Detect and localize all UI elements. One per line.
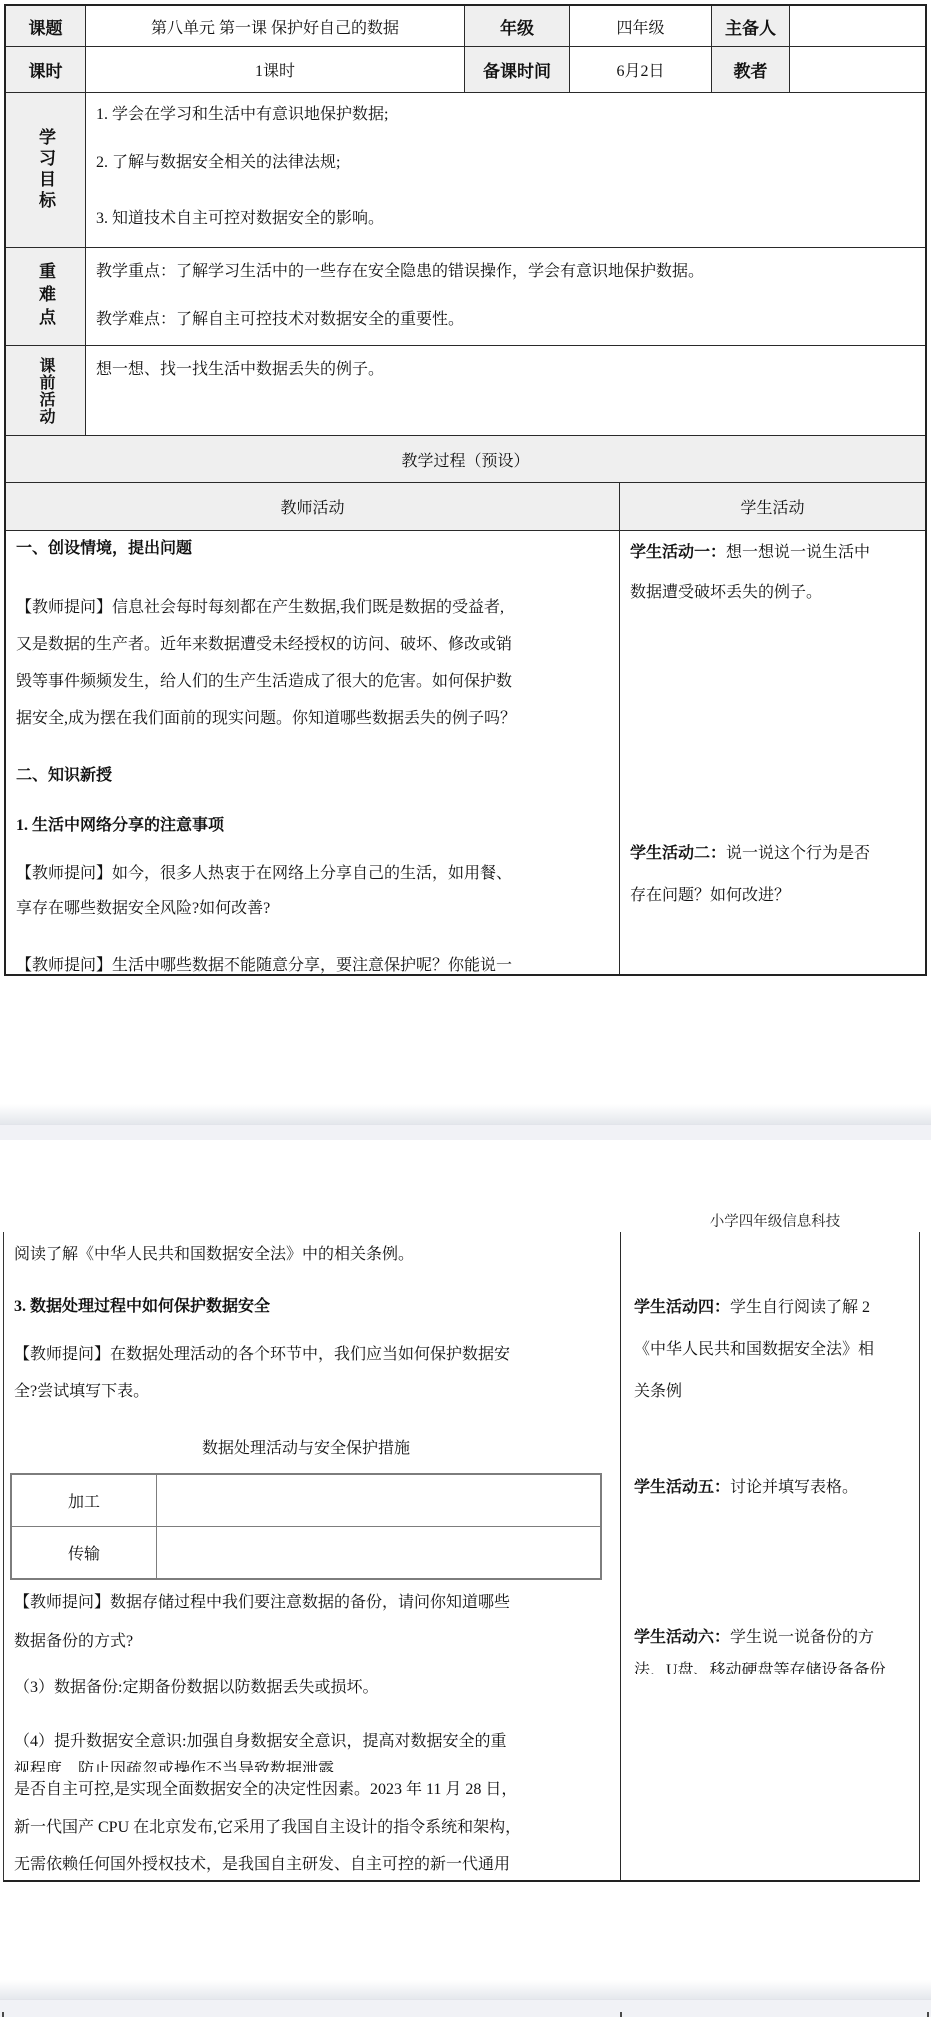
cpu-para-line3: 无需依赖任何国外授权技术，是我国自主研发、自主可控的新一代通用 bbox=[14, 1855, 510, 1875]
student-activity-1-line1: 学生活动一：想一想说一说生活中 bbox=[630, 543, 870, 563]
section-2-heading: 二、知识新授 bbox=[16, 766, 112, 786]
keypoints-vertical-label: 重难点 bbox=[33, 262, 58, 331]
student-activity-6-line1: 学生活动六：学生说一说备份的方 bbox=[634, 1628, 874, 1648]
teacher-q1-line3: 毁等事件频频发生，给人们的生产生活造成了很大的危害。如何保护数 bbox=[16, 672, 512, 692]
student-activity-6-label: 学生活动六： bbox=[634, 1629, 730, 1646]
page-separator-band bbox=[0, 1124, 931, 1140]
page1-teacher-cell: 一、创设情境，提出问题 【教师提问】信息社会每时每刻都在产生数据,我们既是数据的… bbox=[6, 531, 620, 974]
student-activity-4-line2: 《中华人民共和国数据安全法》相 bbox=[634, 1340, 874, 1360]
next-page-border-tick-left bbox=[2, 2012, 4, 2017]
teacher-q1-line1: 【教师提问】信息社会每时每刻都在产生数据,我们既是数据的受益者, bbox=[16, 598, 504, 618]
student-activity-5-text: 讨论并填写表格。 bbox=[730, 1479, 858, 1496]
transmission-row-label: 传输 bbox=[12, 1527, 157, 1578]
objective-2: 2. 了解与数据安全相关的法律法规; bbox=[96, 153, 340, 173]
teaching-difficulty: 教学难点：了解自主可控技术对数据安全的重要性。 bbox=[96, 310, 464, 330]
student-activity-1-line2: 数据遭受破坏丢失的例子。 bbox=[630, 583, 822, 603]
cpu-para-line2: 新一代国产 CPU 在北京发布,它采用了我国自主设计的指令系统和架构， bbox=[14, 1818, 521, 1838]
page2-student-cell: 学生活动四：学生自行阅读了解 2 《中华人民共和国数据安全法》相 关条例 学生活… bbox=[621, 1232, 919, 1880]
value-period: 1课时 bbox=[86, 47, 465, 92]
page-bottom-shadow bbox=[0, 1104, 931, 1124]
preclass-row: 课前活动 想一想、找一找生活中数据丢失的例子。 bbox=[6, 346, 925, 436]
student-activity-1-text: 想一想说一说生活中 bbox=[726, 544, 870, 561]
next-page-border-tick-middle bbox=[620, 2012, 622, 2017]
teacher-q2-line1: 【教师提问】如今，很多人热衷于在网络上分享自己的生活，如用餐、 bbox=[16, 864, 512, 884]
transmission-row: 传输 bbox=[12, 1527, 600, 1578]
section-1-heading: 一、创设情境，提出问题 bbox=[16, 539, 192, 559]
objectives-vertical-label: 学习目标 bbox=[33, 128, 58, 212]
student-activity-5-line: 学生活动五：讨论并填写表格。 bbox=[634, 1478, 858, 1498]
inner-table-title: 数据处理活动与安全保护措施 bbox=[10, 1435, 602, 1458]
label-period: 课时 bbox=[6, 47, 86, 92]
label-objectives: 学习目标 bbox=[6, 93, 86, 247]
column-header-row: 教师活动 学生活动 bbox=[6, 483, 925, 531]
processing-row: 加工 bbox=[12, 1475, 600, 1527]
student-activity-4-text: 学生自行阅读了解 2 bbox=[730, 1299, 870, 1316]
transmission-row-value bbox=[157, 1527, 600, 1578]
label-teacher: 教者 bbox=[712, 47, 790, 92]
teacher-q5-line2: 数据备份的方式? bbox=[14, 1632, 133, 1652]
bottom-separator-band bbox=[0, 1999, 931, 2017]
student-activity-1-label: 学生活动一： bbox=[630, 544, 726, 561]
student-activity-2-line2: 存在问题？如何改进？ bbox=[630, 886, 790, 906]
label-topic: 课题 bbox=[6, 6, 86, 46]
awareness-point-line2-clipped: 视程度，防止因疏忽或操作不当导致数据泄露 bbox=[14, 1760, 334, 1772]
student-activity-4-line3: 关条例 bbox=[634, 1382, 682, 1402]
preclass-vertical-label: 课前活动 bbox=[34, 357, 57, 425]
teacher-q1-line4: 据安全,成为摆在我们面前的现实问题。你知道哪些数据丢失的例子吗？ bbox=[16, 709, 516, 729]
keypoints-content: 教学重点：了解学习生活中的一些存在安全隐患的错误操作，学会有意识地保护数据。 教… bbox=[86, 248, 925, 345]
student-activity-2-label: 学生活动二： bbox=[630, 845, 726, 862]
objectives-content: 1. 学会在学习和生活中有意识地保护数据; 2. 了解与数据安全相关的法律法规;… bbox=[86, 93, 925, 247]
backup-point: （3）数据备份:定期备份数据以防数据丢失或损坏。 bbox=[14, 1678, 378, 1698]
teacher-q5-line1: 【教师提问】数据存储过程中我们要注意数据的备份，请问你知道哪些 bbox=[14, 1593, 510, 1613]
awareness-point-line1: （4）提升数据安全意识:加强自身数据安全意识，提高对数据安全的重 bbox=[14, 1732, 506, 1752]
label-main-preparer: 主备人 bbox=[712, 6, 790, 46]
subsection-3-heading: 3. 数据处理过程中如何保护数据安全 bbox=[14, 1297, 270, 1317]
student-column-header: 学生活动 bbox=[620, 483, 925, 530]
value-topic: 第八单元 第一课 保护好自己的数据 bbox=[86, 6, 465, 46]
label-grade: 年级 bbox=[465, 6, 570, 46]
page2-bottom-shadow bbox=[0, 1980, 931, 2000]
objectives-row: 学习目标 1. 学会在学习和生活中有意识地保护数据; 2. 了解与数据安全相关的… bbox=[6, 93, 925, 248]
preclass-text: 想一想、找一找生活中数据丢失的例子。 bbox=[96, 360, 384, 380]
page1-student-cell: 学生活动一：想一想说一说生活中 数据遭受破坏丢失的例子。 学生活动二：说一说这个… bbox=[620, 531, 925, 974]
student-activity-6-text: 学生说一说备份的方 bbox=[730, 1629, 874, 1646]
teaching-focus: 教学重点：了解学习生活中的一些存在安全隐患的错误操作，学会有意识地保护数据。 bbox=[96, 262, 704, 282]
read-law-line: 阅读了解《中华人民共和国数据安全法》中的相关条例。 bbox=[14, 1245, 414, 1265]
page2-teacher-cell: 阅读了解《中华人民共和国数据安全法》中的相关条例。 3. 数据处理过程中如何保护… bbox=[4, 1232, 621, 1880]
page1-table: 课题 第八单元 第一课 保护好自己的数据 年级 四年级 主备人 课时 1课时 备… bbox=[4, 4, 927, 976]
student-activity-2-text: 说一说这个行为是否 bbox=[726, 845, 870, 862]
processing-row-label: 加工 bbox=[12, 1475, 157, 1526]
page1-activity-row: 一、创设情境，提出问题 【教师提问】信息社会每时每刻都在产生数据,我们既是数据的… bbox=[6, 531, 925, 974]
student-activity-5-label: 学生活动五： bbox=[634, 1479, 730, 1496]
teacher-q2-line2: 享存在哪些数据安全风险?如何改善? bbox=[16, 899, 270, 919]
objective-1: 1. 学会在学习和生活中有意识地保护数据; bbox=[96, 105, 388, 125]
student-activity-4-label: 学生活动四： bbox=[634, 1299, 730, 1316]
student-activity-4-line1: 学生活动四：学生自行阅读了解 2 bbox=[634, 1298, 870, 1318]
teacher-column-header: 教师活动 bbox=[6, 483, 620, 530]
teacher-q1-line2: 又是数据的生产者。近年来数据遭受未经授权的访问、破坏、修改或销 bbox=[16, 635, 512, 655]
value-prep-time: 6月2日 bbox=[570, 47, 712, 92]
cpu-para-line1: 是否自主可控,是实现全面数据安全的决定性因素。2023 年 11 月 28 日， bbox=[14, 1780, 517, 1800]
page2-running-header: 小学四年级信息科技 bbox=[620, 1210, 930, 1231]
value-main-preparer bbox=[790, 6, 925, 46]
student-activity-6-line2-clipped: 法，U盘、移动硬盘等存储设备备份 bbox=[634, 1661, 886, 1674]
teacher-q4-line2: 全?尝试填写下表。 bbox=[14, 1382, 149, 1402]
processing-row-value bbox=[157, 1475, 600, 1526]
value-grade: 四年级 bbox=[570, 6, 712, 46]
keypoints-row: 重难点 教学重点：了解学习生活中的一些存在安全隐患的错误操作，学会有意识地保护数… bbox=[6, 248, 925, 346]
student-activity-2-line1: 学生活动二：说一说这个行为是否 bbox=[630, 844, 870, 864]
info-row-2: 课时 1课时 备课时间 6月2日 教者 bbox=[6, 47, 925, 93]
page2-table: 阅读了解《中华人民共和国数据安全法》中的相关条例。 3. 数据处理过程中如何保护… bbox=[3, 1232, 920, 1882]
subsection-1-heading: 1. 生活中网络分享的注意事项 bbox=[16, 816, 224, 836]
teacher-q4-line1: 【教师提问】在数据处理活动的各个环节中，我们应当如何保护数据安 bbox=[14, 1345, 510, 1365]
value-teacher bbox=[790, 47, 925, 92]
info-row-1: 课题 第八单元 第一课 保护好自己的数据 年级 四年级 主备人 bbox=[6, 6, 925, 47]
preclass-content: 想一想、找一找生活中数据丢失的例子。 bbox=[86, 346, 925, 435]
label-preclass: 课前活动 bbox=[6, 346, 86, 435]
teacher-q3-line1: 【教师提问】生活中哪些数据不能随意分享，要注意保护呢？你能说一 bbox=[16, 956, 512, 974]
process-title: 教学过程（预设） bbox=[6, 436, 925, 482]
process-title-row: 教学过程（预设） bbox=[6, 436, 925, 483]
objective-3: 3. 知道技术自主可控对数据安全的影响。 bbox=[96, 209, 384, 229]
data-processing-table: 加工 传输 bbox=[10, 1473, 602, 1580]
label-keypoints: 重难点 bbox=[6, 248, 86, 345]
label-prep-time: 备课时间 bbox=[465, 47, 570, 92]
next-page-border-tick-right bbox=[927, 2012, 929, 2017]
lesson-plan-document: 课题 第八单元 第一课 保护好自己的数据 年级 四年级 主备人 课时 1课时 备… bbox=[0, 0, 931, 2017]
